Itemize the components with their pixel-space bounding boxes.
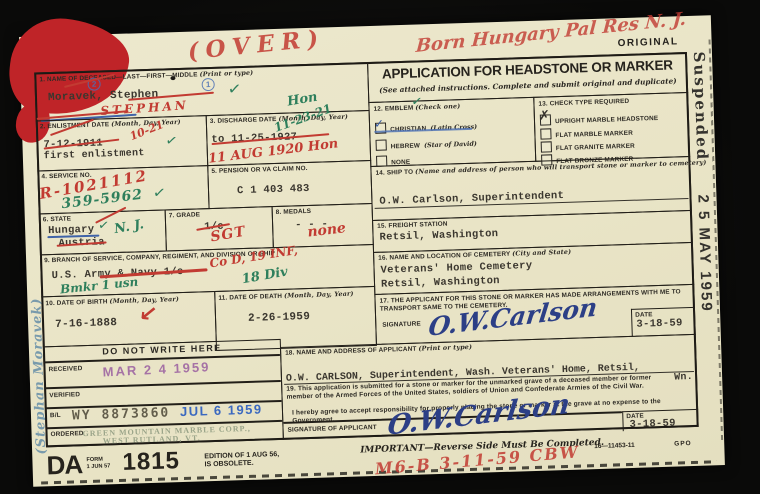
ship-to-ruled-line: O.W. Carlson, Superintendent — [374, 181, 688, 209]
state-green-script: N. J. — [113, 217, 145, 237]
form-word: FORM — [86, 457, 103, 464]
freight-typed-value: Retsil, Washington — [379, 228, 498, 244]
field-pension-claim: 5. PENSION OR VA CLAIM NO. C 1 403 483 — [207, 160, 372, 209]
edition-note-line2: IS OBSOLETE. — [205, 460, 254, 469]
death-typed-value: 2-26-1959 — [248, 311, 310, 325]
received-date-stamp: MAR 2 4 1959 — [102, 359, 210, 379]
ordered-company-stamp-line2: WEST RUTLAND, VT. — [103, 433, 201, 445]
field-state: 6. STATE Hungary Austria N. J. ✓ — [39, 209, 167, 255]
birth-typed-value: 7-16-1888 — [55, 317, 117, 331]
signature-of-applicant-label: SIGNATURE OF APPLICANT — [287, 424, 376, 434]
field-enlistment-date: 2. ENLISTMENT DATE (Month, Day, Year) 7-… — [36, 115, 209, 171]
name-label: 1. NAME OF DECEASED—LAST—FIRST—MIDDLE (P… — [39, 70, 253, 84]
office-use-box: DO NOT WRITE HERE RECEIVED MAR 2 4 1959 … — [43, 339, 284, 447]
bl-label: B/L — [50, 412, 61, 420]
green-check-icon: ✓ — [152, 183, 167, 203]
bl-number-stamp: WY 8873860 — [72, 405, 171, 423]
ship-to-typed-value: O.W. Carlson, Superintendent — [379, 190, 564, 208]
form-date: 1 JUN 57 — [87, 463, 111, 470]
state-label: 6. STATE — [43, 215, 72, 223]
form-paper: (OVER) Born Hungary Pal Res N. J. ORIGIN… — [19, 15, 725, 487]
ordered-label: ORDERED — [51, 430, 84, 438]
birth-label: 10. DATE OF BIRTH (Month, Day, Year) — [45, 296, 179, 308]
circled-number-1: 1 — [201, 78, 214, 91]
applicant-label: 18. NAME AND ADDRESS OF APPLICANT (Print… — [285, 344, 472, 357]
field-discharge-date: 3. DISCHARGE DATE (Month, Day, Year) to … — [206, 110, 372, 166]
cemetery-typed-line2: Retsil, Washington — [381, 275, 500, 291]
cemetery-label: 16. NAME AND LOCATION OF CEMETERY (City … — [378, 249, 571, 262]
born-hungary-handwritten-note: Born Hungary Pal Res N. J. — [415, 8, 687, 57]
medals-label: 8. MEDALS — [276, 208, 312, 216]
green-check-icon: ✓ — [410, 94, 423, 110]
edition-note-line1: EDITION OF 1 AUG 56, — [204, 451, 279, 460]
transport-date-cell: DATE 3-18-59 — [631, 307, 696, 337]
green-check-icon: ✓ — [227, 79, 242, 99]
signature-label: SIGNATURE — [382, 321, 421, 330]
field-medals: 8. MEDALS - - - none — [272, 203, 374, 248]
green-check-icon: ✓ — [164, 132, 178, 150]
enlistment-typed-note: first enlistment — [44, 148, 145, 162]
form-number: 1815 — [122, 447, 180, 477]
medals-red-script: none — [307, 220, 347, 240]
over-handwritten-note: (OVER) — [186, 25, 326, 66]
red-arrow-icon: ↙ — [138, 301, 159, 328]
field-emblem: 12. EMBLEM (Check one) ✓CHRISTIAN (Latin… — [368, 97, 536, 167]
suspended-word: Suspended — [690, 51, 711, 161]
bl-date-stamp: JUL 6 1959 — [180, 402, 263, 420]
x-mark-icon: ✗ — [539, 108, 550, 123]
photo-of-form: (OVER) Born Hungary Pal Res N. J. ORIGIN… — [0, 0, 760, 494]
divider-line — [45, 380, 281, 389]
freight-label: 15. FREIGHT STATION — [377, 221, 448, 231]
applicant-date-cell: DATE 3-18-59 — [622, 409, 699, 431]
grade-label: 7. GRADE — [169, 211, 201, 219]
original-label: ORIGINAL — [617, 36, 678, 49]
death-label: 11. DATE OF DEATH (Month, Day, Year) — [218, 291, 353, 303]
applicant-date-value: 3-18-59 — [629, 418, 676, 431]
received-label: RECEIVED — [48, 365, 82, 373]
cemetery-typed-line1: Veterans' Home Cemetery — [380, 260, 532, 277]
da-form-prefix: DA — [46, 449, 83, 481]
field-date-of-birth: 10. DATE OF BIRTH (Month, Day, Year) 7-1… — [41, 291, 217, 347]
applicant-typed-overflow: Wn. — [674, 372, 693, 384]
field-check-type: 13. CHECK TYPE REQUIRED ✗UPRIGHT MARBLE … — [533, 92, 690, 162]
verified-label: VERIFIED — [49, 391, 80, 399]
transport-date-value: 3-18-59 — [636, 317, 683, 330]
pension-typed-value: C 1 403 483 — [237, 183, 310, 197]
check-type-label: 13. CHECK TYPE REQUIRED — [538, 98, 629, 108]
pen-check-icon: ✓ — [374, 116, 384, 130]
checkbox-hebrew: ✓ — [376, 139, 387, 150]
gpo-mark: GPO — [674, 440, 692, 448]
print-code: 16—11453-11 — [594, 442, 635, 450]
suspended-date: 2 5 MAY 1959 — [694, 194, 715, 313]
pension-label: 5. PENSION OR VA CLAIM NO. — [211, 165, 307, 175]
field-applicant: 18. NAME AND ADDRESS OF APPLICANT (Print… — [280, 334, 699, 440]
field-grade: 7. GRADE 1/c SGT — [165, 206, 274, 251]
branch-green-script-division: 18 Div — [241, 265, 289, 288]
